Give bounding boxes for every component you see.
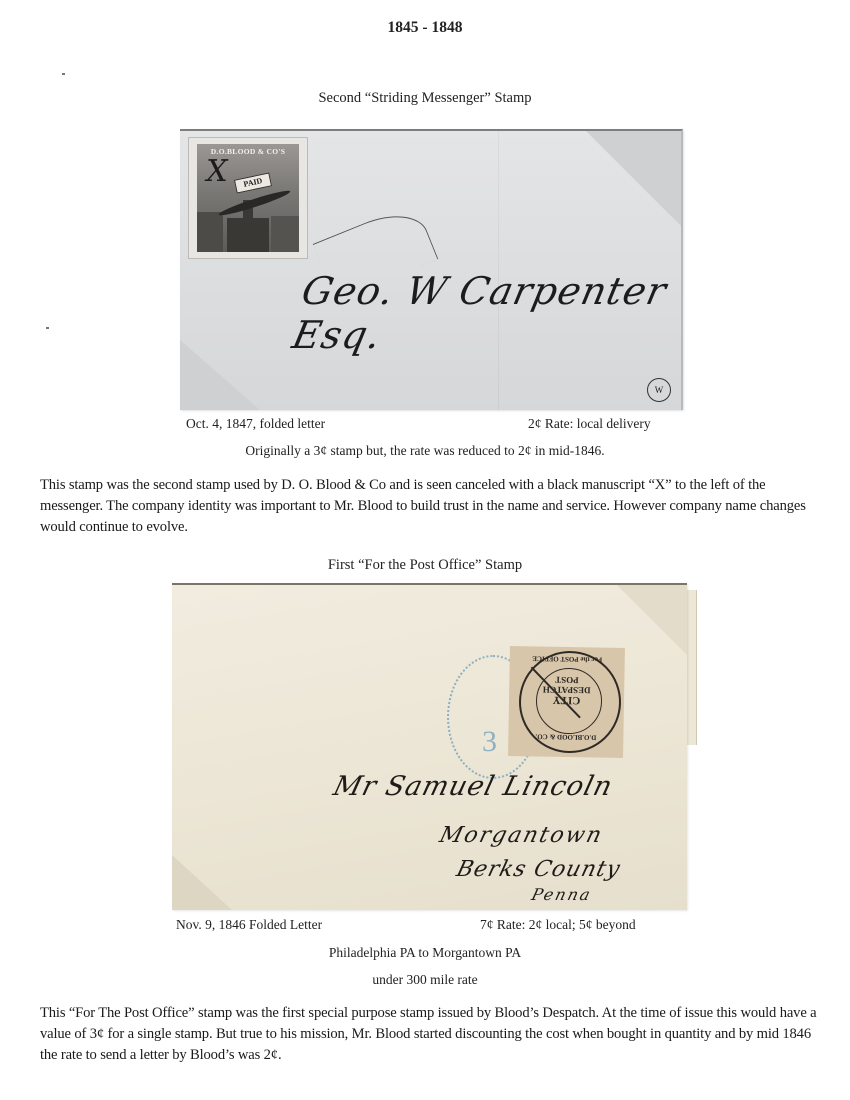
item2-caption-date: Nov. 9, 1846 Folded Letter bbox=[176, 917, 322, 933]
stamp-outer-text-bottom: For the POST OFFICE bbox=[510, 654, 625, 664]
item2-description: This “For The Post Office” stamp was the… bbox=[40, 1003, 820, 1066]
stamp-building-icon bbox=[227, 218, 269, 252]
item2-caption-rate: 7¢ Rate: 2¢ local; 5¢ beyond bbox=[480, 917, 636, 933]
circled-mark-icon: W bbox=[647, 378, 671, 402]
item1-caption-date: Oct. 4, 1847, folded letter bbox=[186, 416, 325, 432]
stamp-building-icon bbox=[271, 216, 299, 252]
stamp-ribbon: PAID bbox=[234, 172, 272, 193]
postmark-rate-number: 3 bbox=[482, 725, 497, 759]
address-line-county: Berks County bbox=[454, 857, 623, 882]
scan-speck bbox=[62, 73, 65, 75]
item2-rate-note: under 300 mile rate bbox=[0, 972, 850, 988]
page-title: 1845 - 1848 bbox=[0, 19, 850, 37]
striding-messenger-stamp: D.O.BLOOD & CO'S PAID X bbox=[188, 137, 308, 259]
addressee-script: Geo. W Carpenter Esq. bbox=[289, 269, 683, 357]
envelope-fold bbox=[172, 855, 232, 910]
item1-section-title: Second “Striding Messenger” Stamp bbox=[0, 90, 850, 107]
cover-image-1: D.O.BLOOD & CO'S PAID X Geo. W Carpenter… bbox=[180, 129, 683, 410]
manuscript-cancel: X bbox=[203, 154, 231, 189]
address-line-name: Mr Samuel Lincoln bbox=[330, 771, 616, 802]
stamp-building-icon bbox=[197, 212, 223, 252]
stamp-outer-text-top: D.O.BLOOD & CO. bbox=[508, 732, 623, 742]
scan-speck bbox=[46, 327, 49, 329]
item2-route: Philadelphia PA to Morgantown PA bbox=[0, 945, 850, 961]
address-line-state: Penna bbox=[530, 885, 594, 904]
item1-caption-rate: 2¢ Rate: local delivery bbox=[528, 416, 651, 432]
envelope-fold bbox=[617, 585, 687, 655]
item2-section-title: First “For the Post Office” Stamp bbox=[0, 557, 850, 574]
envelope-fold bbox=[586, 131, 681, 226]
item1-description: This stamp was the second stamp used by … bbox=[40, 475, 820, 538]
messenger-figure-icon bbox=[218, 188, 292, 219]
item1-note: Originally a 3¢ stamp but, the rate was … bbox=[0, 443, 850, 459]
envelope-fold bbox=[180, 340, 260, 410]
post-office-stamp: For the POST OFFICE D.O.BLOOD & CO. POST… bbox=[508, 646, 625, 758]
cover-image-2: 3 For the POST OFFICE D.O.BLOOD & CO. PO… bbox=[172, 583, 687, 910]
address-line-town: Morgantown bbox=[437, 823, 606, 848]
